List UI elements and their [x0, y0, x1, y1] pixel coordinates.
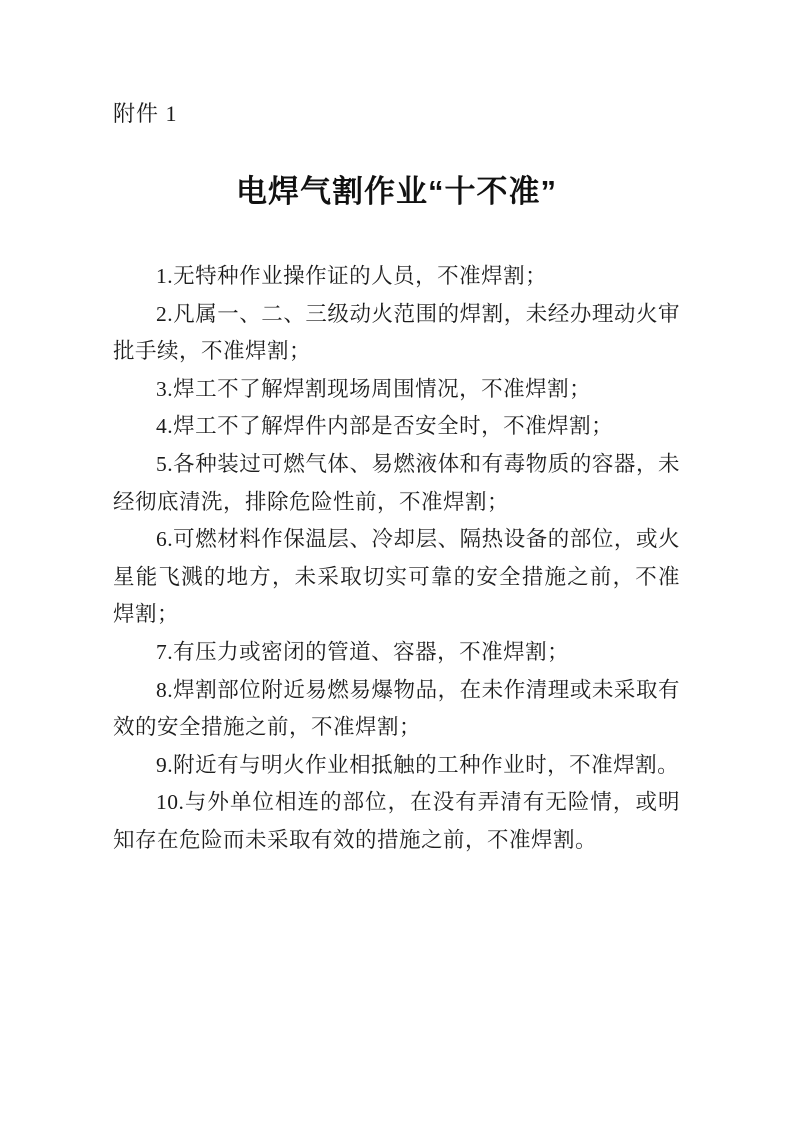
list-item: 8.焊割部位附近易燃易爆物品，在未作清理或未采取有效的安全措施之前，不准焊割； — [113, 672, 680, 747]
list-item: 1.无特种作业操作证的人员，不准焊割； — [113, 258, 680, 296]
list-item: 4.焊工不了解焊件内部是否安全时，不准焊割； — [113, 408, 680, 446]
list-item: 10.与外单位相连的部位，在没有弄清有无险情，或明知存在危险而未采取有效的措施之… — [113, 784, 680, 859]
list-item: 6.可燃材料作保温层、冷却层、隔热设备的部位，或火星能飞溅的地方，未采取切实可靠… — [113, 521, 680, 634]
list-item: 7.有压力或密闭的管道、容器，不准焊割； — [113, 634, 680, 672]
numbered-list: 1.无特种作业操作证的人员，不准焊割； 2.凡属一、二、三级动火范围的焊割，未经… — [113, 258, 680, 860]
list-item: 5.各种装过可燃气体、易燃液体和有毒物质的容器，未经彻底清洗，排除危险性前，不准… — [113, 446, 680, 521]
list-item: 2.凡属一、二、三级动火范围的焊割，未经办理动火审批手续，不准焊割； — [113, 296, 680, 371]
list-item: 9.附近有与明火作业相抵触的工种作业时，不准焊割。 — [113, 747, 680, 785]
list-item: 3.焊工不了解焊割现场周围情况，不准焊割； — [113, 371, 680, 409]
attachment-label: 附件 1 — [113, 100, 680, 128]
document-page: 附件 1 电焊气割作业“十不准” 1.无特种作业操作证的人员，不准焊割； 2.凡… — [0, 0, 793, 1122]
page-title: 电焊气割作业“十不准” — [113, 172, 680, 212]
